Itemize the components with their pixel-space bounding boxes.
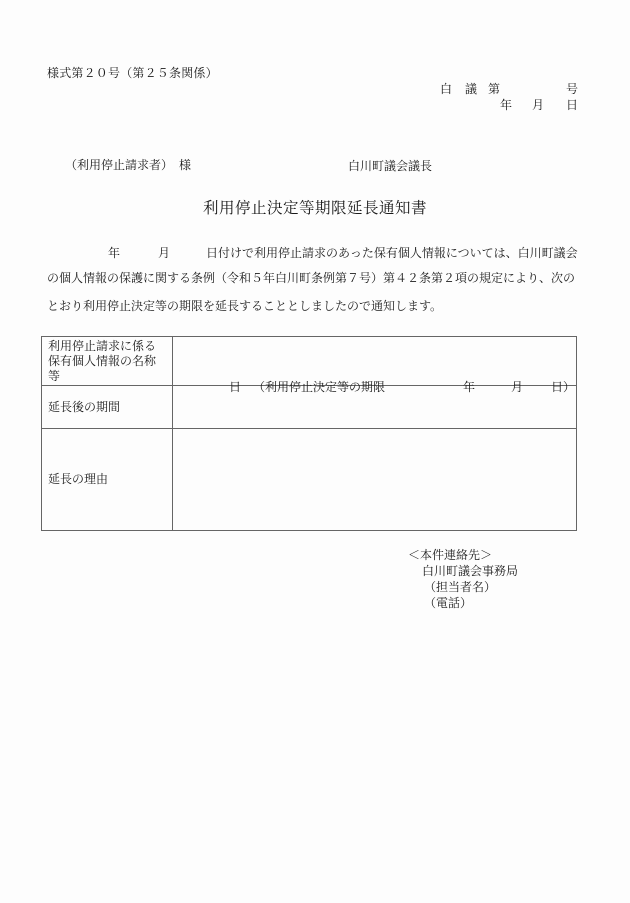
body-line-2: の個人情報の保護に関する条例（令和５年白川町条例第７号）第４２条第２項の規定によ… [47,269,575,286]
period-year: 年 [463,378,475,395]
doc-prefix-3: 第 [488,80,500,97]
period-days-unit: 日 [229,378,241,395]
label-information-name: 利用停止請求に係る保有個人情報の名称等 [42,337,173,386]
doc-day-label: 日 [566,96,578,113]
doc-number-suffix: 号 [566,80,578,97]
doc-prefix-2: 議 [465,80,477,97]
extension-info-table: 利用停止請求に係る保有個人情報の名称等 延長後の期間 日 （利用停止決定等の期限… [41,336,577,531]
body-month-label: 月 [158,244,170,261]
label-extended-period: 延長後の期間 [42,386,173,429]
form-number: 様式第２０号（第２５条関係） [47,64,218,81]
value-extended-period: 日 （利用停止決定等の期限 年 月 日） [173,386,577,429]
table-row: 延長の理由 [42,429,577,531]
document-title: 利用停止決定等期限延長通知書 [0,196,630,218]
contact-person: （担当者名） [408,579,518,595]
doc-year-label: 年 [500,96,512,113]
body-year-label: 年 [108,244,120,261]
doc-month-label: 月 [532,96,544,113]
sender: 白川町議会議長 [348,157,432,174]
contact-heading: ＜本件連絡先＞ [408,547,518,563]
label-extension-reason: 延長の理由 [42,429,173,531]
table-row: 延長後の期間 日 （利用停止決定等の期限 年 月 日） [42,386,577,429]
body-line-1-text: 日付けで利用停止請求のあった保有個人情報については、白川町議会 [206,244,578,261]
period-day: 日） [551,378,575,395]
period-month: 月 [511,378,523,395]
contact-info: ＜本件連絡先＞ 白川町議会事務局 （担当者名） （電話） [408,547,518,611]
value-extension-reason [173,429,577,531]
contact-office: 白川町議会事務局 [408,563,518,579]
body-line-3: とおり利用停止決定等の期限を延長することとしましたので通知します。 [47,297,442,314]
period-deadline-label: （利用停止決定等の期限 [253,378,385,395]
doc-prefix-1: 白 [440,80,452,97]
addressee: （利用停止請求者） 様 [65,156,191,173]
contact-phone: （電話） [408,595,518,611]
